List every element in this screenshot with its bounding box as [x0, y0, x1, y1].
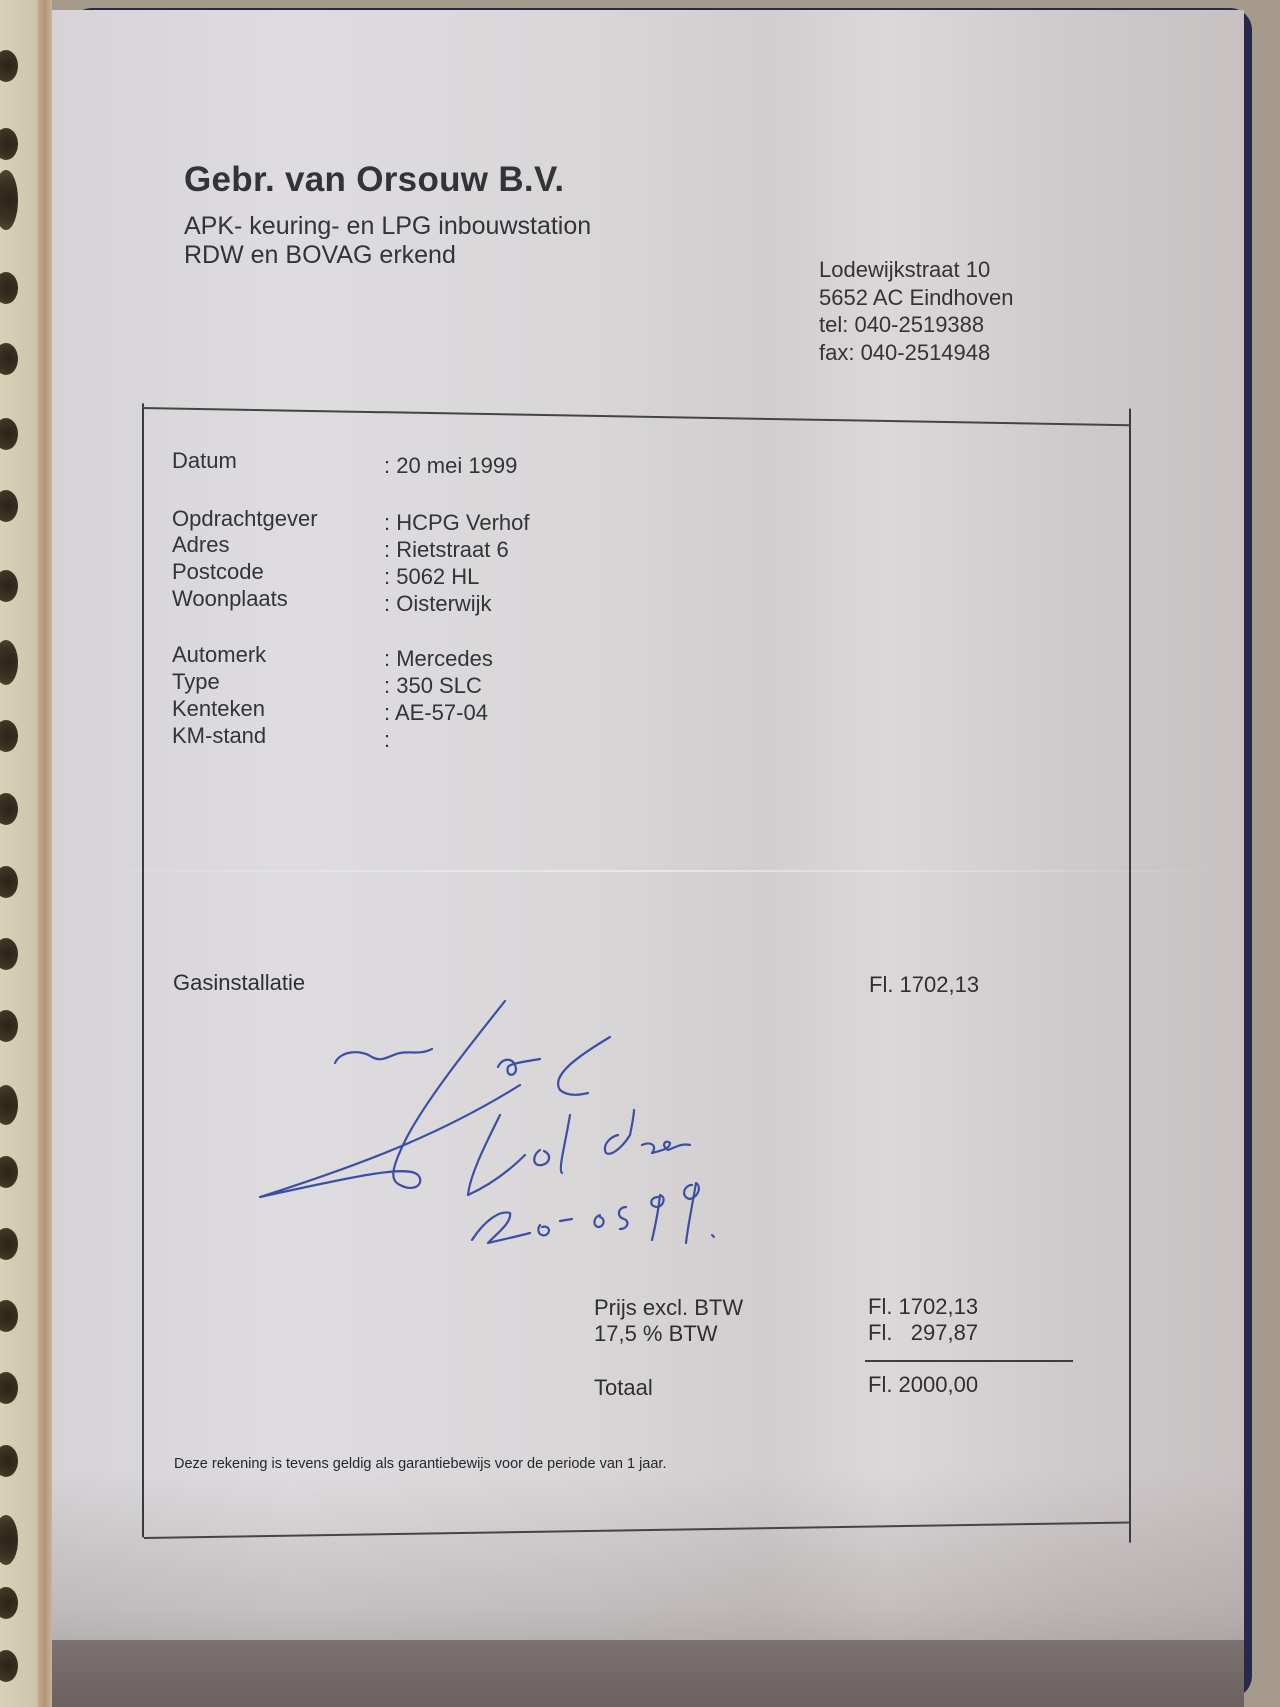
- company-tagline-2: RDW en BOVAG erkend: [184, 241, 456, 270]
- binder-hole: [0, 1650, 18, 1682]
- subtotal-label: Prijs excl. BTW: [594, 1295, 743, 1321]
- handwritten-signature: [240, 985, 800, 1265]
- binder-hole: [0, 1515, 18, 1565]
- binder-hole: [0, 1300, 18, 1332]
- binder-hole: [0, 866, 18, 898]
- binder-hole: [0, 793, 18, 825]
- binder-hole: [0, 128, 18, 160]
- address-street: Lodewijkstraat 10: [819, 256, 1014, 284]
- field-label-opdrachtgever: Opdrachtgever: [172, 506, 318, 532]
- field-label-woonplaats: Woonplaats: [172, 586, 288, 612]
- field-value-type: : 350 SLC: [384, 673, 482, 699]
- binder-hole: [0, 50, 18, 82]
- address-tel: tel: 040-2519388: [819, 311, 1014, 339]
- warranty-note: Deze rekening is tevens geldig als garan…: [174, 1456, 667, 1472]
- binder-hole: [0, 640, 18, 685]
- field-value-opdrachtgever: : HCPG Verhof: [384, 510, 530, 536]
- line-item-amount: Fl. 1702,13: [869, 972, 979, 998]
- binder-hole: [0, 418, 18, 450]
- field-value-datum: : 20 mei 1999: [384, 453, 517, 479]
- field-value-woonplaats: : Oisterwijk: [384, 591, 492, 617]
- sleeve-edge: [38, 0, 52, 1707]
- total-label: Totaal: [594, 1375, 653, 1401]
- page-shadow: [52, 1640, 1244, 1707]
- binder-hole: [0, 343, 18, 375]
- field-value-automerk: : Mercedes: [384, 646, 493, 672]
- binder-hole: [0, 170, 18, 230]
- field-label-adres: Adres: [172, 532, 229, 558]
- binder-hole: [0, 1372, 18, 1404]
- total-amount: Fl. 2000,00: [868, 1372, 978, 1398]
- binder-hole: [0, 1010, 18, 1042]
- field-label-kenteken: Kenteken: [172, 696, 265, 722]
- binder-hole: [0, 272, 18, 304]
- company-name: Gebr. van Orsouw B.V.: [184, 160, 564, 200]
- field-label-automerk: Automerk: [172, 642, 266, 668]
- binder-hole: [0, 570, 18, 602]
- field-value-kenteken: : AE-57-04: [384, 700, 488, 726]
- binder-hole: [0, 1445, 18, 1477]
- field-value-km-stand: :: [384, 727, 390, 753]
- binder-hole: [0, 1156, 18, 1188]
- vat-amount: Fl. 297,87: [868, 1320, 978, 1346]
- field-label-postcode: Postcode: [172, 559, 264, 585]
- binder-hole: [0, 1085, 18, 1125]
- field-value-adres: : Rietstraat 6: [384, 537, 509, 563]
- address-fax: fax: 040-2514948: [819, 339, 1014, 367]
- company-tagline-1: APK- keuring- en LPG inbouwstation: [184, 212, 591, 241]
- field-label-datum: Datum: [172, 448, 237, 474]
- totals-divider: [865, 1360, 1073, 1362]
- binder-hole: [0, 1587, 18, 1619]
- binder-hole: [0, 938, 18, 970]
- field-label-km-stand: KM-stand: [172, 723, 266, 749]
- field-value-postcode: : 5062 HL: [384, 564, 479, 590]
- company-address: Lodewijkstraat 10 5652 AC Eindhoven tel:…: [819, 256, 1014, 366]
- binder-hole: [0, 720, 18, 752]
- binder-hole: [0, 1228, 18, 1260]
- vat-label: 17,5 % BTW: [594, 1321, 717, 1347]
- address-city: 5652 AC Eindhoven: [819, 284, 1014, 312]
- binder-hole: [0, 490, 18, 522]
- field-label-type: Type: [172, 669, 220, 695]
- subtotal-amount: Fl. 1702,13: [868, 1294, 978, 1320]
